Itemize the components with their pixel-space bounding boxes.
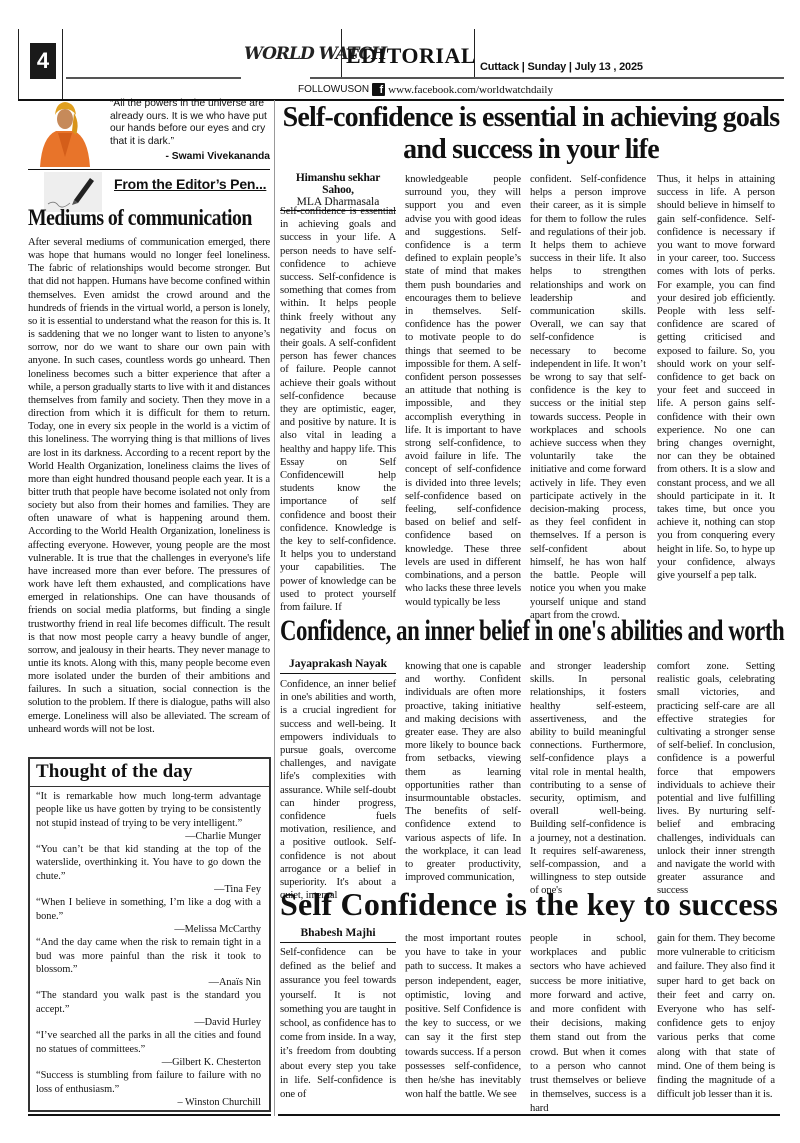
article1-column: knowledgeable people surround you, they … — [405, 173, 521, 609]
thought-author: —Anaïs Nin — [36, 976, 261, 989]
column-divider — [274, 100, 275, 1116]
article3-author: Bhabesh Majhi — [280, 927, 396, 943]
facebook-link[interactable]: www.facebook.com/worldwatchdaily — [388, 84, 553, 96]
thought-quote: “When I believe in something, I’m like a… — [36, 896, 261, 923]
page-number: 4 — [30, 43, 56, 79]
thought-of-the-day: Thought of the day “It is remarkable how… — [28, 757, 271, 1112]
editorial-title: Mediums of communication — [28, 205, 252, 231]
article1-column: Thus, it helps in attaining success in l… — [657, 173, 775, 582]
divider — [474, 29, 475, 77]
divider — [66, 77, 241, 79]
divider — [278, 1114, 780, 1116]
thought-quote: “The standard you walk past is the stand… — [36, 989, 261, 1016]
section-title: EDITORIAL — [346, 43, 476, 69]
divider — [28, 169, 270, 170]
divider — [28, 1114, 271, 1116]
swami-vivekananda-portrait — [36, 99, 94, 167]
article3-column: the most important routes you have to ta… — [405, 932, 521, 1102]
thought-author: —David Hurley — [36, 1016, 261, 1029]
masthead: 4 WORLD WATCH EDITORIAL Cuttack | Sunday… — [18, 29, 784, 100]
article2-column: knowing that one is capable and worthy. … — [405, 660, 521, 884]
article3-column: Self-confidence can be defined as the be… — [280, 946, 396, 1102]
thought-author: —Melissa McCarthy — [36, 923, 261, 936]
article3-column: people in school, workplaces and public … — [530, 932, 646, 1117]
dateline: Cuttack | Sunday | July 13 , 2025 — [480, 61, 643, 73]
divider — [310, 77, 784, 79]
article1-headline: Self-confidence is essential in achievin… — [276, 102, 786, 166]
article3-column: gain for them. They become more vulnerab… — [657, 932, 775, 1102]
thought-author: —Tina Fey — [36, 883, 261, 896]
thought-quote: “I’ve searched all the parks in all the … — [36, 1029, 261, 1056]
thought-quotes: “It is remarkable how much long-term adv… — [30, 787, 269, 1109]
article2-column: and stronger leadership skills. In perso… — [530, 660, 646, 898]
follow-us: FOLLOWUSON f www.facebook.com/worldwatch… — [298, 83, 553, 96]
thought-title: Thought of the day — [30, 759, 269, 787]
facebook-icon: f — [372, 83, 385, 96]
quote-text: “All the powers in the universe are alre… — [110, 98, 270, 148]
article1-column: Self-confidence is essential in achievin… — [280, 205, 396, 614]
article2-author: Jayaprakash Nayak — [280, 658, 396, 674]
thought-author: – Winston Churchill — [36, 1096, 261, 1109]
thought-author: —Gilbert K. Chesterton — [36, 1056, 261, 1069]
article2-column: comfort zone. Setting realistic goals, c… — [657, 660, 775, 898]
divider — [18, 29, 19, 99]
thought-quote: “And the day came when the risk to remai… — [36, 936, 261, 976]
quote-author: - Swami Vivekananda — [110, 151, 270, 162]
thought-quote: “You can’t be that kid standing at the t… — [36, 843, 261, 883]
follow-label: FOLLOWUSON — [298, 84, 369, 95]
divider — [341, 29, 342, 77]
article1-column: confident. Self-confidence helps a perso… — [530, 173, 646, 622]
editors-pen-label: From the Editor’s Pen... — [114, 176, 266, 192]
article2-column: Confidence, an inner belief in one's abi… — [280, 678, 396, 902]
article3-headline: Self Confidence is the key to success — [280, 886, 786, 923]
editorial-body: After several mediums of communication e… — [28, 236, 270, 736]
divider — [62, 29, 63, 99]
thought-author: —Charlie Munger — [36, 830, 261, 843]
thought-quote: “It is remarkable how much long-term adv… — [36, 790, 261, 830]
article2-headline: Confidence, an inner belief in one's abi… — [280, 614, 665, 648]
thought-quote: “Success is stumbling from failure to fa… — [36, 1069, 261, 1096]
article1-author: Himanshu sekhar Sahoo, — [280, 172, 396, 196]
